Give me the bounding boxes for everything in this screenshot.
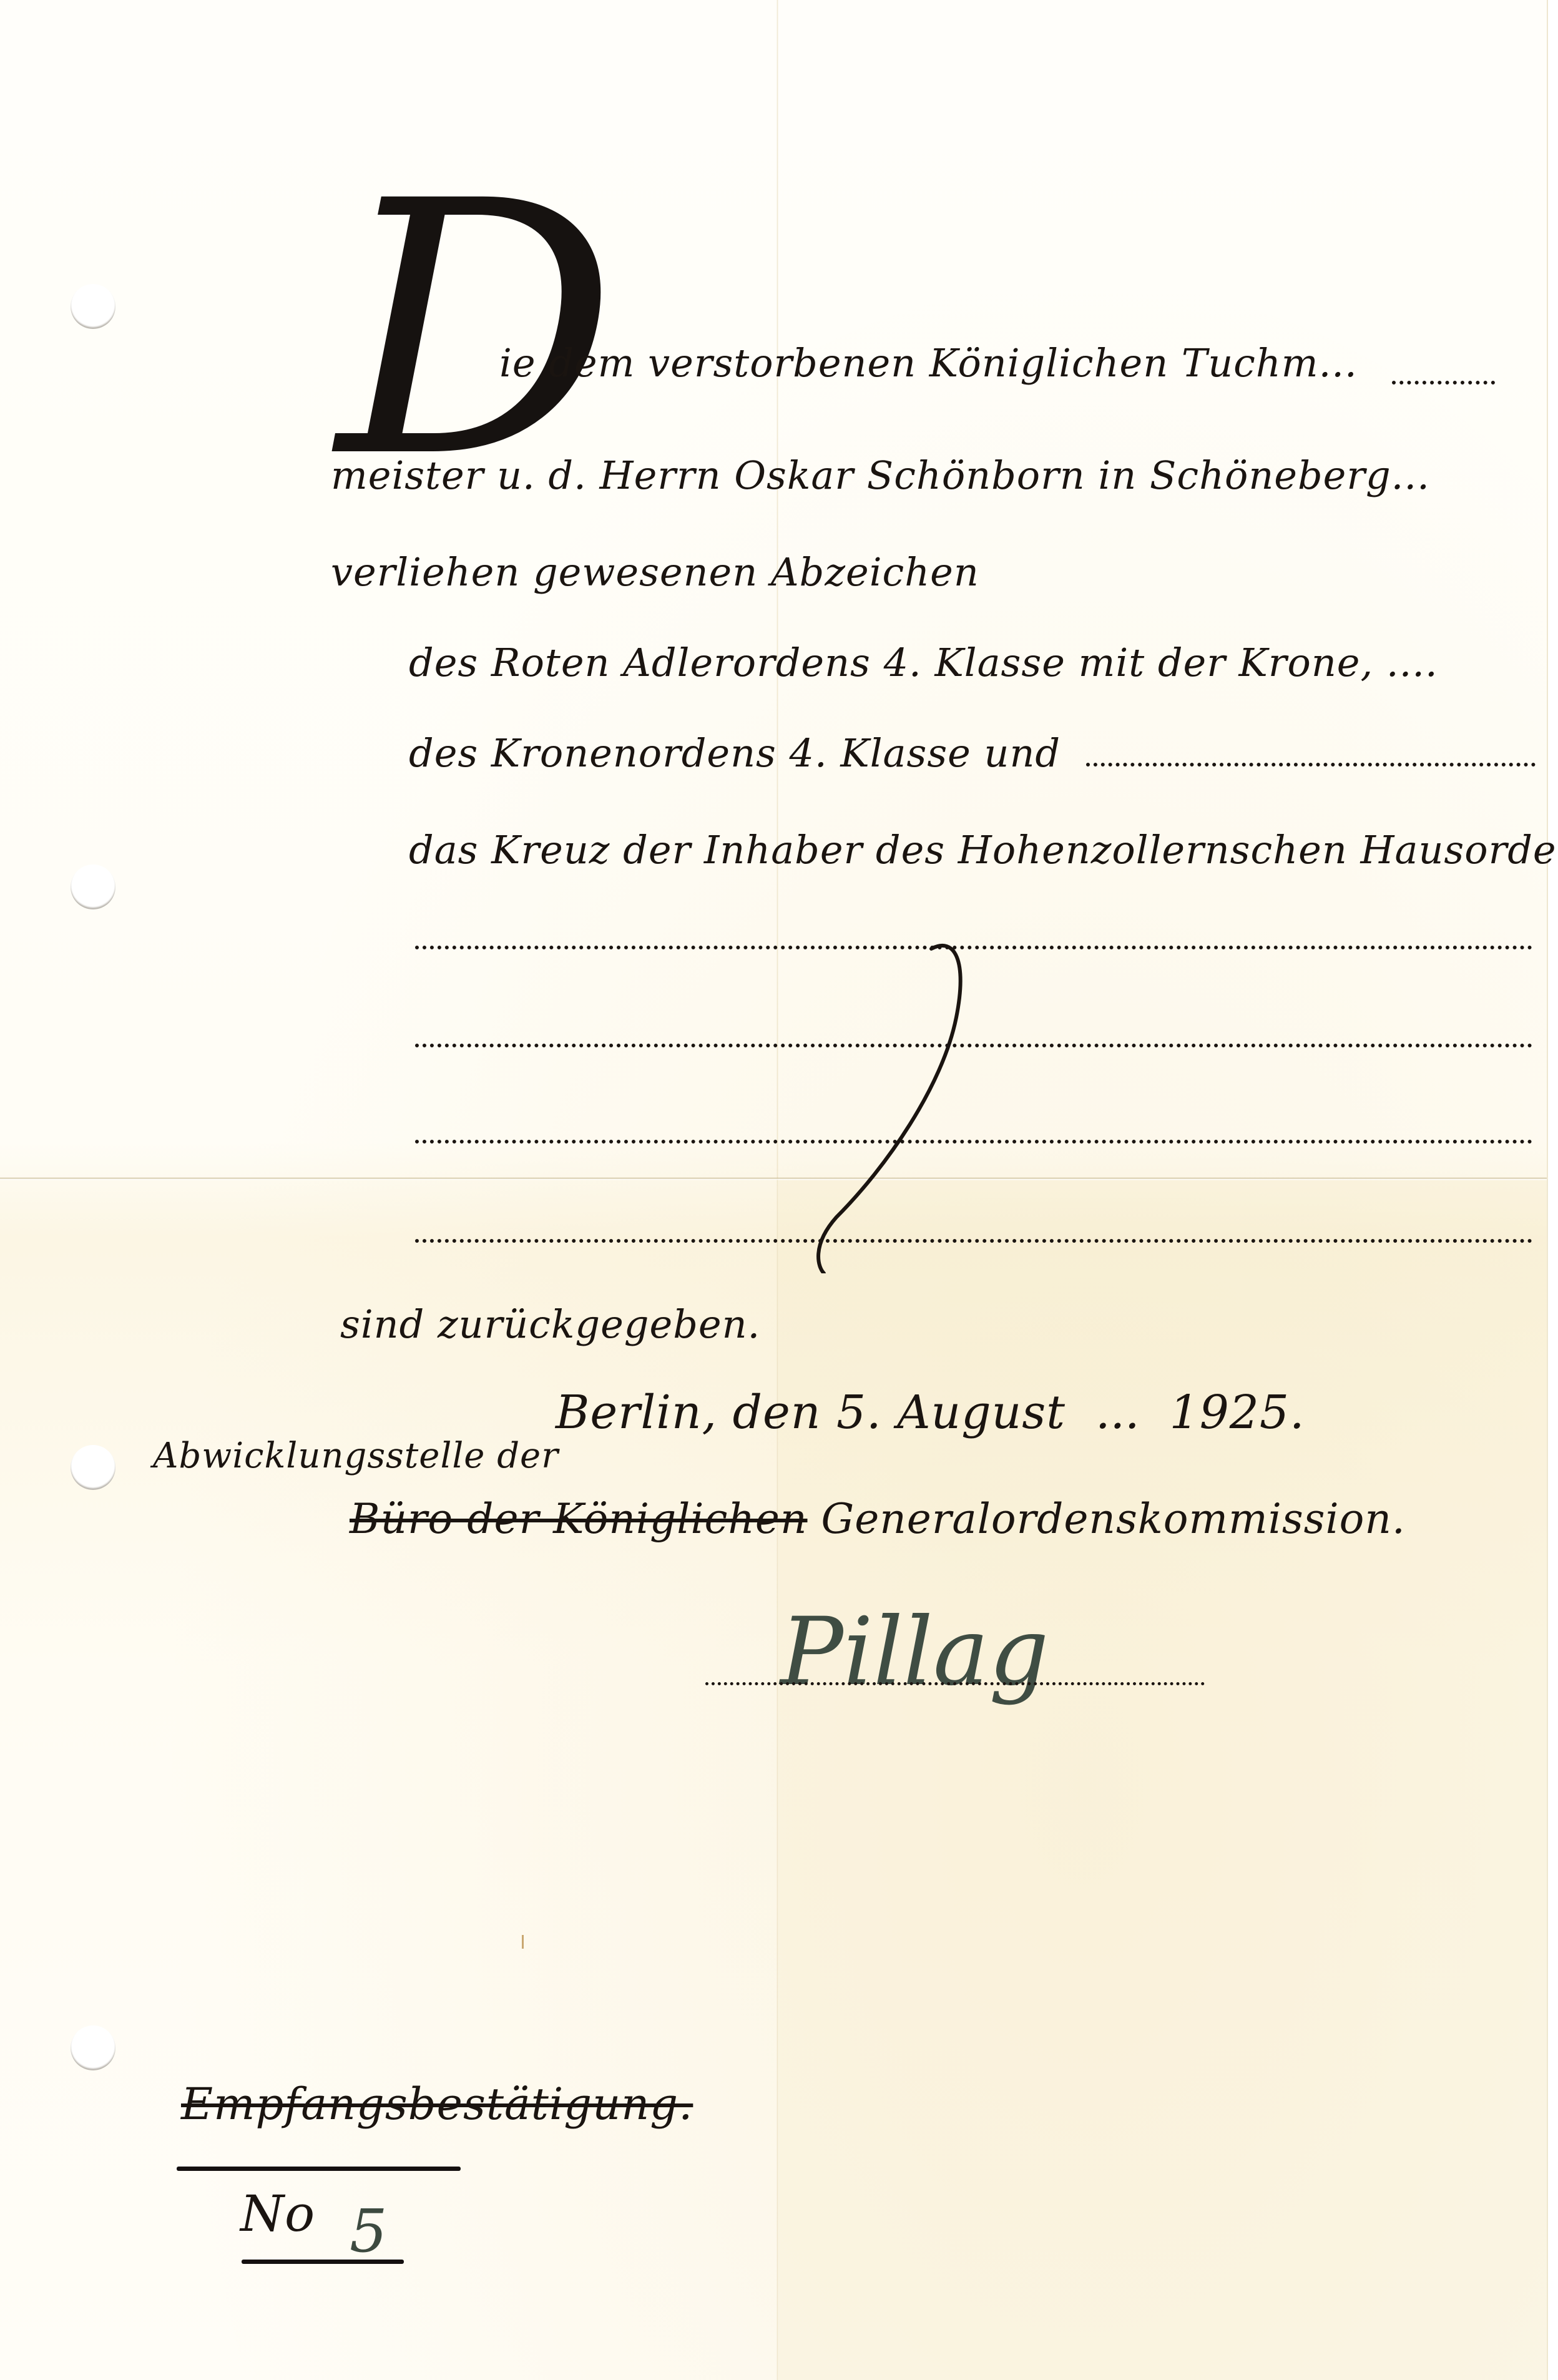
receipt-number-label: No [240, 2185, 315, 2243]
punch-hole [71, 2025, 115, 2070]
signature: Pillag [780, 1598, 1049, 1707]
place-label: Berlin, den [556, 1386, 821, 1439]
text-line-5: des Kronenordens 4. Klasse und [409, 730, 1061, 776]
office-insertion: Abwicklungsstelle der [153, 1436, 559, 1476]
office-line: Büro der Königlichen Generalordenskommis… [350, 1495, 1406, 1543]
punch-hole [71, 864, 115, 909]
receipt-number-value: 5 [350, 2197, 388, 2266]
date-day: 5. [836, 1386, 882, 1439]
date-year: 1925. [1170, 1386, 1305, 1439]
signature-dotted-line [705, 1682, 1205, 1685]
receipt-title-rule [177, 2167, 461, 2171]
text-line-2: meister u. d. Herrn Oskar Schönborn in S… [331, 453, 1430, 498]
punch-hole [71, 1445, 115, 1490]
fill-dots [1086, 763, 1536, 766]
text-line-3: verliehen gewesenen Abzeichen [331, 549, 979, 595]
closing-flourish-stroke [737, 924, 999, 1273]
place-date: Berlin, den 5. August ... 1925. [556, 1386, 1305, 1439]
receipt-title: Empfangsbestätigung. [181, 2079, 693, 2130]
struck-office-text: Büro der Königlichen [350, 1495, 808, 1543]
text-line-4: des Roten Adlerordens 4. Klasse mit der … [409, 640, 1438, 685]
signature-text: Pillag [780, 1598, 1049, 1707]
text-line-7: sind zurückgegeben. [340, 1301, 760, 1347]
fill-dots [1392, 381, 1495, 384]
receipt-number-rule [242, 2260, 404, 2264]
paper-stain [522, 1935, 524, 1949]
paper-discoloration [778, 1180, 1547, 2380]
office-name: Generalordenskommission. [821, 1495, 1405, 1543]
punch-hole [71, 284, 115, 329]
text-line-1: ie dem verstorbenen Königlichen Tuchm... [499, 340, 1358, 386]
text-line-6: das Kreuz der Inhaber des Hohenzollernsc… [409, 827, 1558, 873]
date-month: August [897, 1386, 1066, 1439]
